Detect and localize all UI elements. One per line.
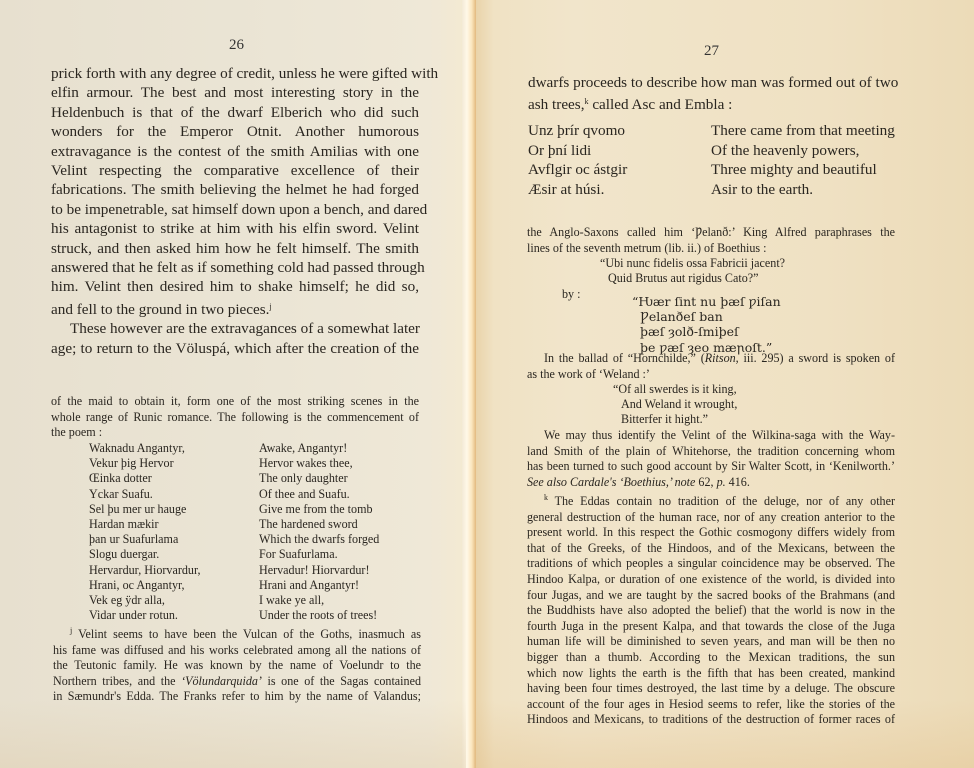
- footnote-line: his fame was diffused and his works cele…: [53, 643, 421, 659]
- verse-line: Vidar under rotun.: [89, 608, 201, 623]
- ballad-paragraph: In the ballad of “Hornchilde,” (Ritson, …: [527, 351, 895, 382]
- verse-line: Vekur þig Hervor: [89, 456, 201, 471]
- text-line: dwarfs proceeds to describe how man was …: [528, 73, 896, 92]
- verse-line: þan ur Suafurlama: [89, 532, 201, 547]
- latin-quote: “Ubi nunc fidelis ossa Fabricii jacent? …: [600, 256, 785, 286]
- text-span: 416.: [726, 475, 750, 489]
- text-line-with-footnote: ash trees,k called Asc and Embla :: [528, 92, 896, 114]
- footnote-line: Hindoo Kalpa, or duration of one existen…: [527, 572, 895, 588]
- left-lower-intro: of the maid to obtain it, form one of th…: [51, 394, 419, 441]
- text-line-with-footnote: and fell to the ground in two pieces.j: [51, 297, 419, 319]
- text-line: extravagance is the contest of the smith…: [51, 142, 419, 161]
- text-span: The Eddas contain no tradition of the de…: [548, 494, 895, 508]
- text-line: prick forth with any degree of credit, u…: [51, 64, 419, 83]
- text-span: In the ballad of “Hornchilde,” (: [544, 351, 705, 365]
- verse-line: Hardan mækir: [89, 517, 201, 532]
- verse-line: Sel þu mer ur hauge: [89, 502, 201, 517]
- quote-line: Bitterfer it hight.”: [613, 412, 737, 427]
- right-intro-paragraph: dwarfs proceeds to describe how man was …: [528, 73, 896, 115]
- verse-line: Asir to the earth.: [711, 180, 895, 200]
- footnote-line: the Anglo-Saxons called him ‘Ƿelanð:’ Ki…: [527, 225, 895, 241]
- text-line: of the maid to obtain it, form one of th…: [51, 394, 419, 410]
- footnote-line: fourth Juga in the present Kalpa, and th…: [527, 619, 895, 635]
- verse-line: Œinka dotter: [89, 471, 201, 486]
- footnote-line: present world. In this respect the Gothi…: [527, 525, 895, 541]
- quote-line: “Ƕær ſint nu þæſ ƿiſan: [632, 294, 781, 309]
- verse-line: Three mighty and beautiful: [711, 160, 895, 180]
- verse-line: I wake ye all,: [259, 593, 379, 608]
- footnote-line: See also Cardale's ‘Boethius,’ note 62, …: [527, 475, 895, 491]
- text-line: wonders for the Emperor Otnit. Another h…: [51, 122, 419, 141]
- page-number-right: 27: [704, 43, 719, 60]
- verse-line: Æsir at húsi.: [528, 180, 627, 200]
- verse-line: Avflgir oc ástgir: [528, 160, 627, 180]
- by-label: by :: [562, 287, 580, 302]
- text-line: struck, and then asked him how he felt h…: [51, 239, 419, 258]
- text-line: answered that he felt as if something co…: [51, 258, 419, 277]
- verse-line: Unz þrír qvomo: [528, 121, 627, 141]
- footnote-line: human life will be diminished to seven y…: [527, 634, 895, 650]
- verse-line: Of the heavenly powers,: [711, 141, 895, 161]
- italic-citation: Ritson,: [705, 351, 739, 365]
- footnote-line: Hindoos and Mexicans, to traditions of t…: [527, 712, 895, 728]
- footnote-line: lines of the seventh metrum (lib. ii.) o…: [527, 241, 895, 257]
- footnote-k: k The Eddas contain no tradition of the …: [527, 490, 895, 728]
- text-span: ash trees,: [528, 96, 585, 113]
- verse-line: Slogu duergar.: [89, 547, 201, 562]
- verse-line: For Suafurlama.: [259, 547, 379, 562]
- text-span: called Asc and Embla :: [589, 96, 733, 113]
- quote-line: “Ubi nunc fidelis ossa Fabricii jacent?: [600, 256, 785, 271]
- text-line: the poem :: [51, 425, 419, 441]
- poem-translation-column: Awake, Angantyr! Hervor wakes thee, The …: [259, 441, 379, 623]
- footnote-line: having been four times destroyed, the la…: [527, 681, 895, 697]
- verse-line: Hervardur, Hiorvardur,: [89, 563, 201, 578]
- quote-line: And Weland it wrought,: [613, 397, 737, 412]
- text-line: elfin armour. The best and most interest…: [51, 83, 419, 102]
- footnote-line: j Velint seems to have been the Vulcan o…: [53, 623, 421, 643]
- verse-line: Hrani, oc Angantyr,: [89, 578, 201, 593]
- ballad-quote: “Of all swerdes is it king, And Weland i…: [613, 382, 737, 428]
- footnote-line: account of the four ages in Hesiod seems…: [527, 697, 895, 713]
- footnote-line: general destruction of the human race, n…: [527, 510, 895, 526]
- anglo-saxon-quote: “Ƕær ſint nu þæſ ƿiſan Ƿelanðeſ ban þæſ …: [632, 294, 781, 355]
- text-span: is one of the Sagas contained: [262, 674, 421, 688]
- quote-line: þæſ ȝolð-ſmiþeſ: [632, 324, 781, 339]
- identify-paragraph: We may thus identify the Velint of the W…: [527, 428, 895, 490]
- verse-line: Or þní lidi: [528, 141, 627, 161]
- text-line: and fell to the ground in two pieces.: [51, 301, 269, 318]
- quote-line: Quid Brutus aut rigidus Cato?”: [600, 271, 785, 286]
- text-line: Velint respecting the comparative excell…: [51, 161, 419, 180]
- verse-line: Of thee and Suafu.: [259, 487, 379, 502]
- text-line: age; to return to the Völuspá, which aft…: [51, 339, 419, 358]
- text-line: to be impenetrable, sat himself down upo…: [51, 200, 419, 219]
- italic-title: ‘Völundarquida’: [181, 674, 262, 688]
- left-upper-paragraph: prick forth with any degree of credit, u…: [51, 64, 419, 358]
- text-line: him. Velint then desired him to shake hi…: [51, 277, 419, 296]
- text-line: whole range of Runic romance. The follow…: [51, 410, 419, 426]
- footnote-line: as the work of ‘Weland :’: [527, 367, 895, 383]
- footnote-line: that of the Greeks, of the Hindoos, and …: [527, 541, 895, 557]
- verse-line: Under the roots of trees!: [259, 608, 379, 623]
- footnote-line: which now lights the earth is the fifth …: [527, 666, 895, 682]
- footnote-line: bigger than a thumb. According to the Me…: [527, 650, 895, 666]
- verse-line: Hervadur! Hiorvardur!: [259, 563, 379, 578]
- footnote-line: In the ballad of “Hornchilde,” (Ritson, …: [527, 351, 895, 367]
- verse-line: Yckar Suafu.: [89, 487, 201, 502]
- verse-line: Hervor wakes thee,: [259, 456, 379, 471]
- verse-line: The only daughter: [259, 471, 379, 486]
- text-line: his antagonist to strike at him with his…: [51, 219, 419, 238]
- book-gutter: [462, 0, 476, 768]
- verse-line: The hardened sword: [259, 517, 379, 532]
- footnote-line: four Jugas, and we are taught by the sac…: [527, 588, 895, 604]
- right-poem-original: Unz þrír qvomo Or þní lidi Avflgir oc ás…: [528, 121, 627, 199]
- footnote-j-continued: the Anglo-Saxons called him ‘Ƿelanð:’ Ki…: [527, 225, 895, 256]
- footnote-line: in Sæmundr's Edda. The Franks refer to h…: [53, 689, 421, 705]
- footnote-line: the Buddhists have also adopted the beli…: [527, 603, 895, 619]
- poem-original-column: Waknadu Angantyr, Vekur þig Hervor Œinka…: [89, 441, 201, 623]
- footnote-marker-j[interactable]: j: [269, 302, 271, 311]
- right-poem-translation: There came from that meeting Of the heav…: [711, 121, 895, 199]
- verse-line: Which the dwarfs forged: [259, 532, 379, 547]
- footnote-line: has been turned to such good account by …: [527, 459, 895, 475]
- verse-line: Hrani and Angantyr!: [259, 578, 379, 593]
- footnote-line: traditions of which peoples a singular c…: [527, 556, 895, 572]
- text-span: iii. 295) a sword is spoken of: [739, 351, 895, 365]
- footnote-line: Northern tribes, and the ‘Völundarquida’…: [53, 674, 421, 690]
- text-line: Velint seems to have been the Vulcan of …: [72, 627, 421, 641]
- verse-line: There came from that meeting: [711, 121, 895, 141]
- verse-line: Vek eg ÿdr alla,: [89, 593, 201, 608]
- text-line: Heldenbuch is that of the dwarf Elberich…: [51, 103, 419, 122]
- text-line: These however are the extravagances of a…: [51, 319, 419, 338]
- page-shadow-left: [0, 700, 466, 768]
- page-number-left: 26: [229, 37, 244, 54]
- quote-line: “Of all swerdes is it king,: [613, 382, 737, 397]
- footnote-line: land Smith of the plain of Whitehorse, t…: [527, 444, 895, 460]
- footnote-line: the Teutonic family. He was known by the…: [53, 658, 421, 674]
- verse-line: Awake, Angantyr!: [259, 441, 379, 456]
- footnote-line: k The Eddas contain no tradition of the …: [527, 490, 895, 510]
- verse-line: Waknadu Angantyr,: [89, 441, 201, 456]
- text-line: fabrications. The smith believing the he…: [51, 180, 419, 199]
- quote-line: Ƿelanðeſ ban: [632, 309, 781, 324]
- text-span: p.: [717, 475, 726, 489]
- text-span: 62,: [695, 475, 716, 489]
- text-span: Northern tribes, and the: [53, 674, 181, 688]
- footnote-line: We may thus identify the Velint of the W…: [527, 428, 895, 444]
- footnote-j: j Velint seems to have been the Vulcan o…: [53, 623, 421, 705]
- see-also-reference: See also Cardale's ‘Boethius,’ note: [527, 475, 695, 489]
- verse-line: Give me from the tomb: [259, 502, 379, 517]
